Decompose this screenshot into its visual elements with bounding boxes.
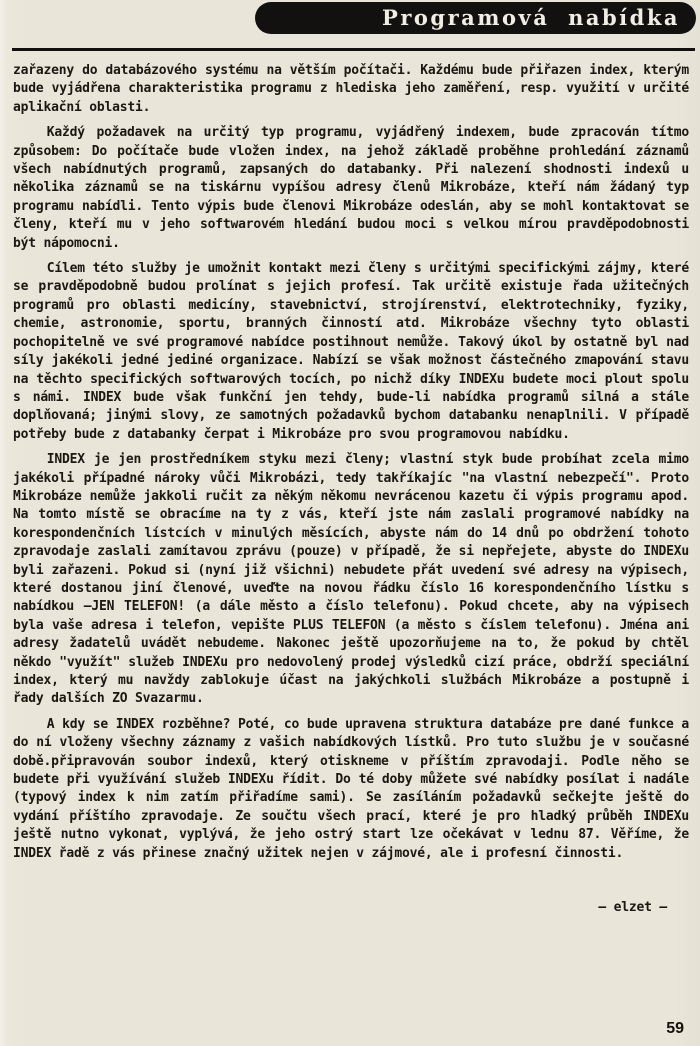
author-signature: – elzet –: [13, 899, 689, 917]
paragraph: Cílem této služby je umožnit kontakt mez…: [13, 260, 689, 444]
paragraph: Každý požadavek na určitý typ programu, …: [13, 124, 689, 253]
section-banner: Programová nabídka: [255, 2, 696, 34]
page-number: 59: [666, 1020, 684, 1038]
paragraph: A kdy se INDEX rozběhne? Poté, co bude u…: [13, 716, 689, 863]
article-body: zařazeny do databázového systému na větš…: [0, 51, 700, 917]
paragraph: INDEX je jen prostředníkem styku mezi čl…: [13, 451, 689, 709]
paragraph: zařazeny do databázového systému na větš…: [13, 62, 689, 117]
magazine-page: Programová nabídka zařazeny do databázov…: [0, 0, 700, 1046]
section-banner-title: Programová nabídka: [382, 5, 680, 30]
page-header: Programová nabídka: [0, 0, 700, 48]
